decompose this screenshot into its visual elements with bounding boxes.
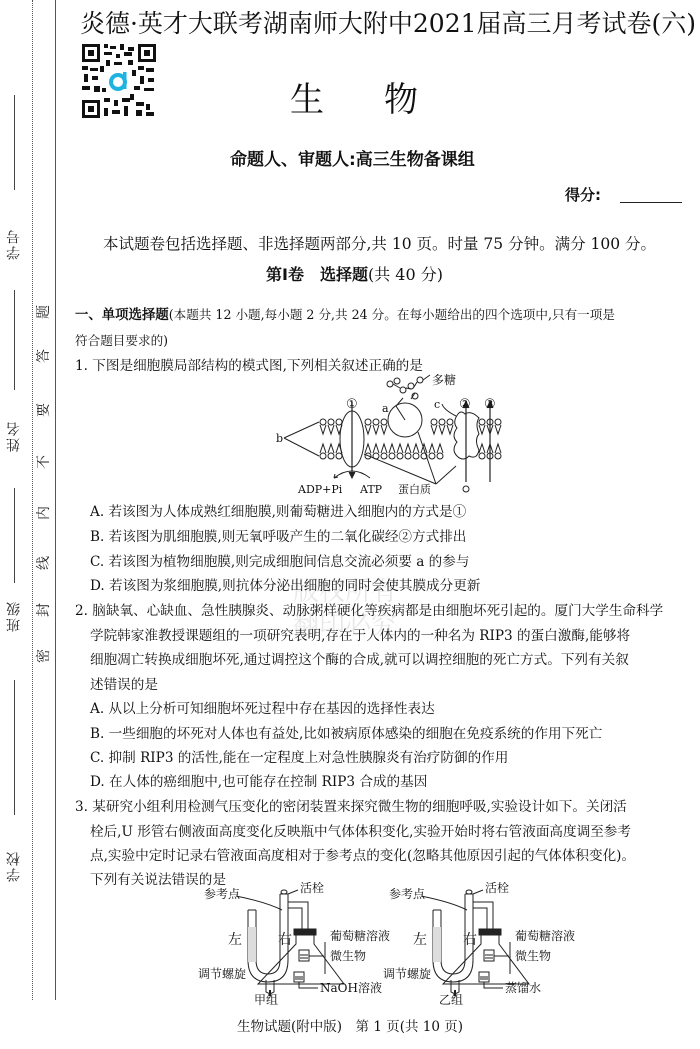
name-label: 姓名 [4,420,24,452]
part-title: 第Ⅰ卷 选择题(共 40 分) [266,262,443,285]
q1-option-a: A. 若该图为人体成熟红细胞膜,则葡萄糖进入细胞内的方式是① [90,500,466,520]
g1-ref-label: 参考点 [204,886,241,901]
authors: 命题人、审题人:高三生物备课组 [230,145,475,170]
part-title-main: 第Ⅰ卷 选择题 [266,265,368,284]
g2-stopcock-label: 活栓 [485,882,509,895]
part-title-points: (共 40 分) [368,265,443,284]
section-note-cont: 符合题目要求的) [75,330,168,349]
section-note: (本题共 12 小题,每小题 2 分,共 24 分。在每小题给出的四个选项中,只… [169,307,615,322]
section-heading-line: 一、单项选择题(本题共 12 小题,每小题 2 分,共 24 分。在每小题给出的… [75,304,615,323]
q2-stem-2: 学院韩家淮教授课题组的一项研究表明,存在于人体内的一种名为 RIP3 的蛋白激酶… [90,624,630,644]
q1-option-b: B. 若该图为肌细胞膜,则无氧呼吸产生的二氧化碳经②方式排出 [90,525,466,545]
class-line-top [14,488,15,583]
class-line [14,680,15,815]
g2-left-label: 左 [413,932,427,948]
label-1: ① [346,397,358,412]
label-polysaccharide: 多糖 [432,372,456,387]
qr-code[interactable] [80,42,158,120]
g1-screw-label: 调节螺旋 [198,966,246,981]
name-line [14,290,15,390]
seal-char: 线 [33,556,53,570]
student-id-line [14,95,15,190]
q3-stem-2: 栓后,U 形管右侧液面高度变化反映瓶中气体体积变化,实验开始时将右管液面高度调至… [90,820,631,840]
g2-microbe-label: 微生物 [515,948,551,963]
q2-option-c: C. 抑制 RIP3 的活性,能在一定程度上对急性胰腺炎有治疗防御的作用 [90,746,508,766]
g2-screw-label: 调节螺旋 [383,966,431,981]
class-label: 班级 [4,600,24,632]
page-footer: 生物试题(附中版) 第 1 页(共 10 页) [0,1015,700,1035]
g2-beaker-label: 蒸馏水 [505,980,541,995]
label-c: c [434,398,440,411]
exam-intro: 本试题卷包括选择题、非选择题两部分,共 10 页。时量 75 分钟。满分 100… [103,232,656,254]
q2-option-a: A. 从以上分析可知细胞坏死过程中存在基因的选择性表达 [90,697,435,717]
g1-solution-label: 葡萄糖溶液 [330,928,390,943]
g2-right-label: 右 [463,932,477,948]
q2-stem-3: 细胞凋亡转换成细胞坏死,通过调控这个酶的合成,就可以调控细胞的死亡方式。下列有关… [90,648,629,668]
label-a: a [382,402,389,415]
g1-stopcock-label: 活栓 [300,882,324,895]
q3-stem-1: 3. 某研究小组利用检测气压变化的密闭装置来探究微生物的细胞呼吸,实验设计如下。… [75,795,627,815]
g2-group-name: 乙组 [439,993,463,1006]
score-blank [620,202,682,203]
cell-membrane-diagram: b a c ① ② ③ 多糖 ADP+Pi ATP 蛋白质 [270,372,515,496]
score-label: 得分: [565,184,601,205]
g1-beaker-label: NaOH溶液 [320,980,382,995]
q2-option-b: B. 一些细胞的坏死对人体也有益处,比如被病原体感染的细胞在免疫系统的作用下死亡 [90,722,602,742]
school-label: 学校 [4,850,24,882]
g1-left-label: 左 [228,932,242,948]
subject-title: 生物 [290,72,478,121]
label-protein: 蛋白质 [398,482,431,496]
g1-group-name: 甲组 [254,993,278,1006]
binding-solid-line [55,0,56,1000]
g2-ref-label: 参考点 [389,886,426,901]
section-heading: 一、单项选择题 [75,308,169,323]
q1-stem: 1. 下图是细胞膜局部结构的模式图,下列相关叙述正确的是 [75,354,423,374]
student-id-label: 学号 [4,228,24,260]
q2-stem-4: 述错误的是 [90,673,158,693]
label-adp: ADP+Pi [297,483,343,496]
seal-char: 密 [33,649,53,663]
g1-right-label: 右 [278,932,292,948]
q2-option-d: D. 在人体的癌细胞中,也可能存在控制 RIP3 合成的基因 [90,770,427,790]
respiration-apparatus-diagram: 参考点 活栓 左 右 葡萄糖溶液 微生物 调节螺旋 NaOH溶液 甲组 参考点 … [196,882,586,1006]
exam-title: 炎德·英才大联考湖南师大附中2021届高三月考试卷(六) [78,4,698,40]
g2-solution-label: 葡萄糖溶液 [515,928,575,943]
label-b: b [276,432,283,445]
seal-char: 题 [33,305,53,319]
q1-option-c: C. 若该图为植物细胞膜,则完成细胞间信息交流必须要 a 的参与 [90,550,469,570]
seal-char: 不 [33,455,53,469]
q3-stem-3: 点,实验中定时记录右管液面高度相对于参考点的变化(忽略其他原因引起的气体体积变化… [90,844,635,864]
q2-stem-1: 2. 脑缺氧、心缺血、急性胰腺炎、动脉粥样硬化等疾病都是由细胞坏死引起的。厦门大… [75,599,663,619]
seal-char: 要 [33,403,53,417]
label-atp: ATP [359,483,383,496]
label-2: ② [459,397,471,412]
binding-dotted-line [32,0,33,1000]
g1-microbe-label: 微生物 [330,948,366,963]
seal-char: 内 [33,506,53,520]
seal-char: 封 [33,603,53,617]
label-3: ③ [484,397,496,412]
seal-char: 答 [33,349,53,363]
